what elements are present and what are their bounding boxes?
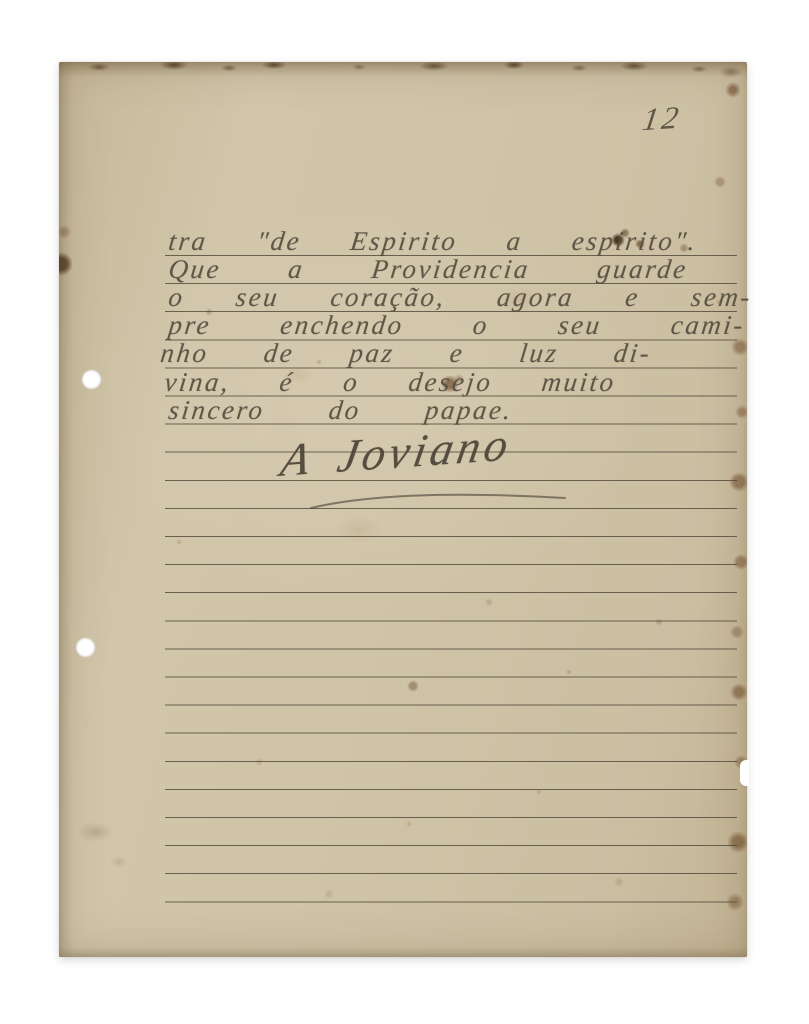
bottom-edge-shading: [59, 947, 747, 957]
handwritten-line-4: pre enchendo o seu cami-: [167, 310, 747, 339]
handwritten-line-5: nho de paz e luz di-: [159, 338, 653, 367]
notebook-page: 12 tra "de Espirito a espirito". Que a P…: [59, 62, 747, 957]
right-edge-tear: [740, 760, 749, 786]
scan-background: 12 tra "de Espirito a espirito". Que a P…: [0, 0, 809, 1024]
punch-hole-top: [82, 370, 101, 389]
handwritten-line-7: sincero do papae.: [167, 395, 515, 424]
left-edge-shading: [59, 62, 73, 957]
handwritten-line-3: o seu coração, agora e sem-: [167, 282, 754, 311]
top-edge-foxing: [59, 62, 747, 80]
handwritten-line-1: tra "de Espirito a espirito".: [167, 226, 699, 255]
handwritten-line-6: vina, é o desejo muito: [163, 367, 618, 396]
punch-hole-bottom: [76, 638, 95, 657]
page-number: 12: [640, 99, 684, 139]
handwritten-line-2: Que a Providencia guarde: [167, 254, 690, 283]
